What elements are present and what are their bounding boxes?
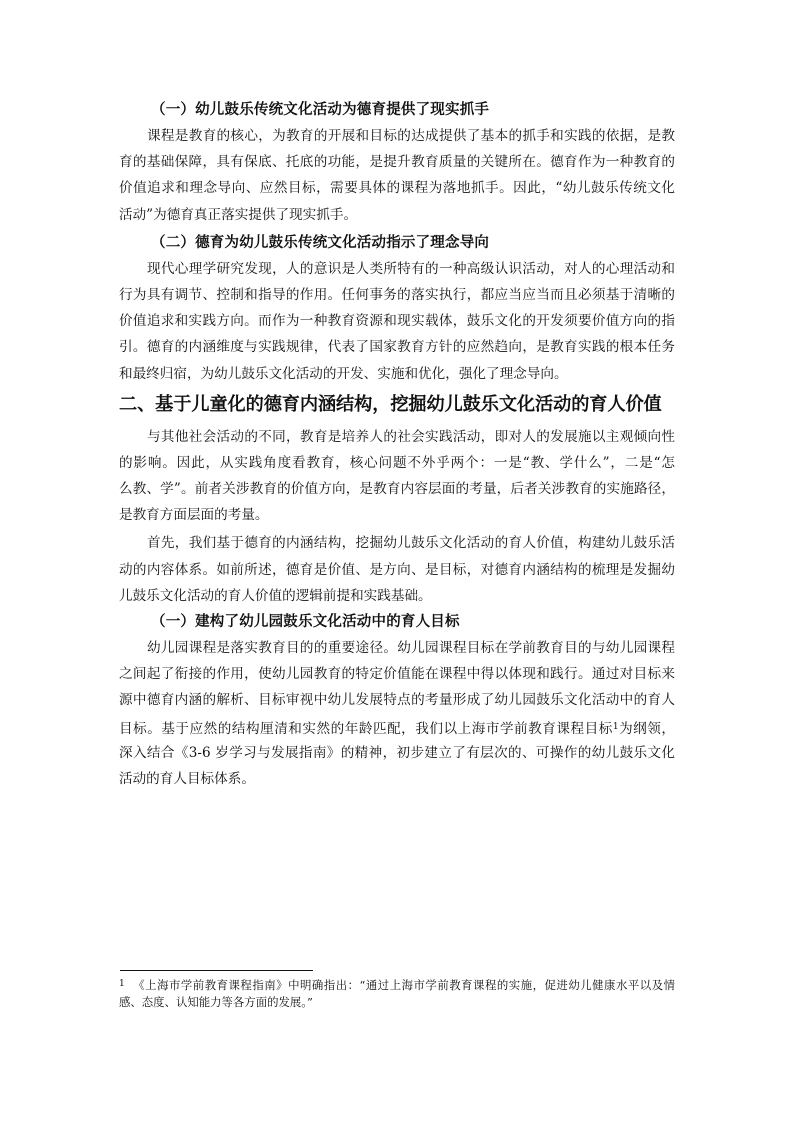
footnote-divider (120, 970, 313, 971)
paragraph-line: 首先，我们基于德育的内涵结构，挖掘幼儿鼓乐文化活动的育人价值，构建幼儿鼓乐活 (119, 530, 675, 556)
paragraph-line: 和最终归宿，为幼儿鼓乐文化活动的开发、实施和优化，强化了理念导向。 (119, 361, 675, 387)
paragraph-3: 与其他社会活动的不同，教育是培养人的社会实践活动，即对人的发展施以主观倾向性 的… (119, 424, 675, 529)
paragraph-line: 是教育方面层面的考量。 (119, 502, 675, 528)
paragraph-line: 课程是教育的核心，为教育的开展和目标的达成提供了基本的抓手和实践的依据，是教 (119, 123, 675, 149)
paragraph-line: 行为具有调节、控制和指导的作用。任何事务的落实执行，都应当应当而且必须基于清晰的 (119, 282, 675, 308)
paragraph-line: 幼儿园课程是落实教育目的的重要途径。幼儿园课程目标在学前教育目的与幼儿园课程 (119, 635, 675, 661)
subsection-heading-3: （一）建构了幼儿园鼓乐文化活动中的育人目标 (119, 609, 675, 635)
paragraph-line: 源中德育内涵的解析、目标审视中幼儿发展特点的考量形成了幼儿园鼓乐文化活动中的育人 (119, 687, 675, 713)
paragraph-4: 首先，我们基于德育的内涵结构，挖掘幼儿鼓乐文化活动的育人价值，构建幼儿鼓乐活 动… (119, 530, 675, 609)
paragraph-line: 的影响。因此，从实践角度看教育，核心问题不外乎两个：一是“教、学什么”，二是“怎 (119, 450, 675, 476)
paragraph-2: 现代心理学研究发现，人的意识是人类所特有的一种高级认识活动，对人的心理活动和 行… (119, 256, 675, 387)
paragraph-line: 深入结合《3-6 岁学习与发展指南》的精神，初步建立了有层次的、可操作的幼儿鼓乐… (119, 740, 675, 766)
paragraph-line: 之间起了衔接的作用，使幼儿园教育的特定价值能在课程中得以体现和践行。通过对目标来 (119, 661, 675, 687)
paragraph-line: 活动”为德育真正落实提供了现实抓手。 (119, 202, 675, 228)
paragraph-line: 动的内容体系。如前所述，德育是价值、是方向、是目标，对德育内涵结构的梳理是发掘幼 (119, 557, 675, 583)
paragraph-5: 幼儿园课程是落实教育目的的重要途径。幼儿园课程目标在学前教育目的与幼儿园课程 之… (119, 635, 675, 792)
document-page: （一）幼儿鼓乐传统文化活动为德育提供了现实抓手 课程是教育的核心，为教育的开展和… (119, 97, 675, 792)
paragraph-1: 课程是教育的核心，为教育的开展和目标的达成提供了基本的抓手和实践的依据，是教 育… (119, 123, 675, 228)
paragraph-line: 引。德育的内涵维度与实践规律，代表了国家教育方针的应然趋向，是教育实践的根本任务 (119, 334, 675, 360)
paragraph-line: 价值追求和理念导向、应然目标，需要具体的课程为落地抓手。因此，“幼儿鼓乐传统文化 (119, 175, 675, 201)
paragraph-line: 儿鼓乐文化活动的育人价值的逻辑前提和实践基础。 (119, 583, 675, 609)
paragraph-line-with-footnote: 目标。基于应然的结构厘清和实然的年龄匹配，我们以上海市学前教育课程目标1为纲领， (119, 714, 675, 740)
paragraph-line: 现代心理学研究发现，人的意识是人类所特有的一种高级认识活动，对人的心理活动和 (119, 256, 675, 282)
paragraph-line: 育的基础保障，具有保底、托底的功能，是提升教育质量的关键所在。德育作为一种教育的 (119, 149, 675, 175)
paragraph-text: 为纲领， (619, 721, 675, 737)
section-heading-2: 二、基于儿童化的德育内涵结构，挖掘幼儿鼓乐文化活动的育人价值 (119, 388, 675, 422)
footnote-number: 1 (119, 979, 125, 989)
footnote-line: 1《上海市学前教育课程指南》中明确指出：“通过上海市学前教育课程的实施，促进幼儿… (119, 976, 675, 994)
paragraph-text: 目标。基于应然的结构厘清和实然的年龄匹配，我们以上海市学前教育课程目标 (119, 721, 613, 737)
subsection-heading-2: （二）德育为幼儿鼓乐传统文化活动指示了理念导向 (119, 230, 675, 256)
footnote-line: 感、态度、认知能力等各方面的发展。” (119, 994, 675, 1011)
paragraph-line: 与其他社会活动的不同，教育是培养人的社会实践活动，即对人的发展施以主观倾向性 (119, 424, 675, 450)
paragraph-line: 价值追求和实践方向。而作为一种教育资源和现实载体，鼓乐文化的开发须要价值方向的指 (119, 308, 675, 334)
footnote: 1《上海市学前教育课程指南》中明确指出：“通过上海市学前教育课程的实施，促进幼儿… (119, 976, 675, 1010)
footnote-text: 《上海市学前教育课程指南》中明确指出：“通过上海市学前教育课程的实施，促进幼儿健… (133, 978, 675, 992)
paragraph-line: 么教、学”。前者关涉教育的价值方向，是教育内容层面的考量，后者关涉教育的实施路径… (119, 476, 675, 502)
paragraph-line: 活动的育人目标体系。 (119, 766, 675, 792)
subsection-heading-1: （一）幼儿鼓乐传统文化活动为德育提供了现实抓手 (119, 97, 675, 123)
